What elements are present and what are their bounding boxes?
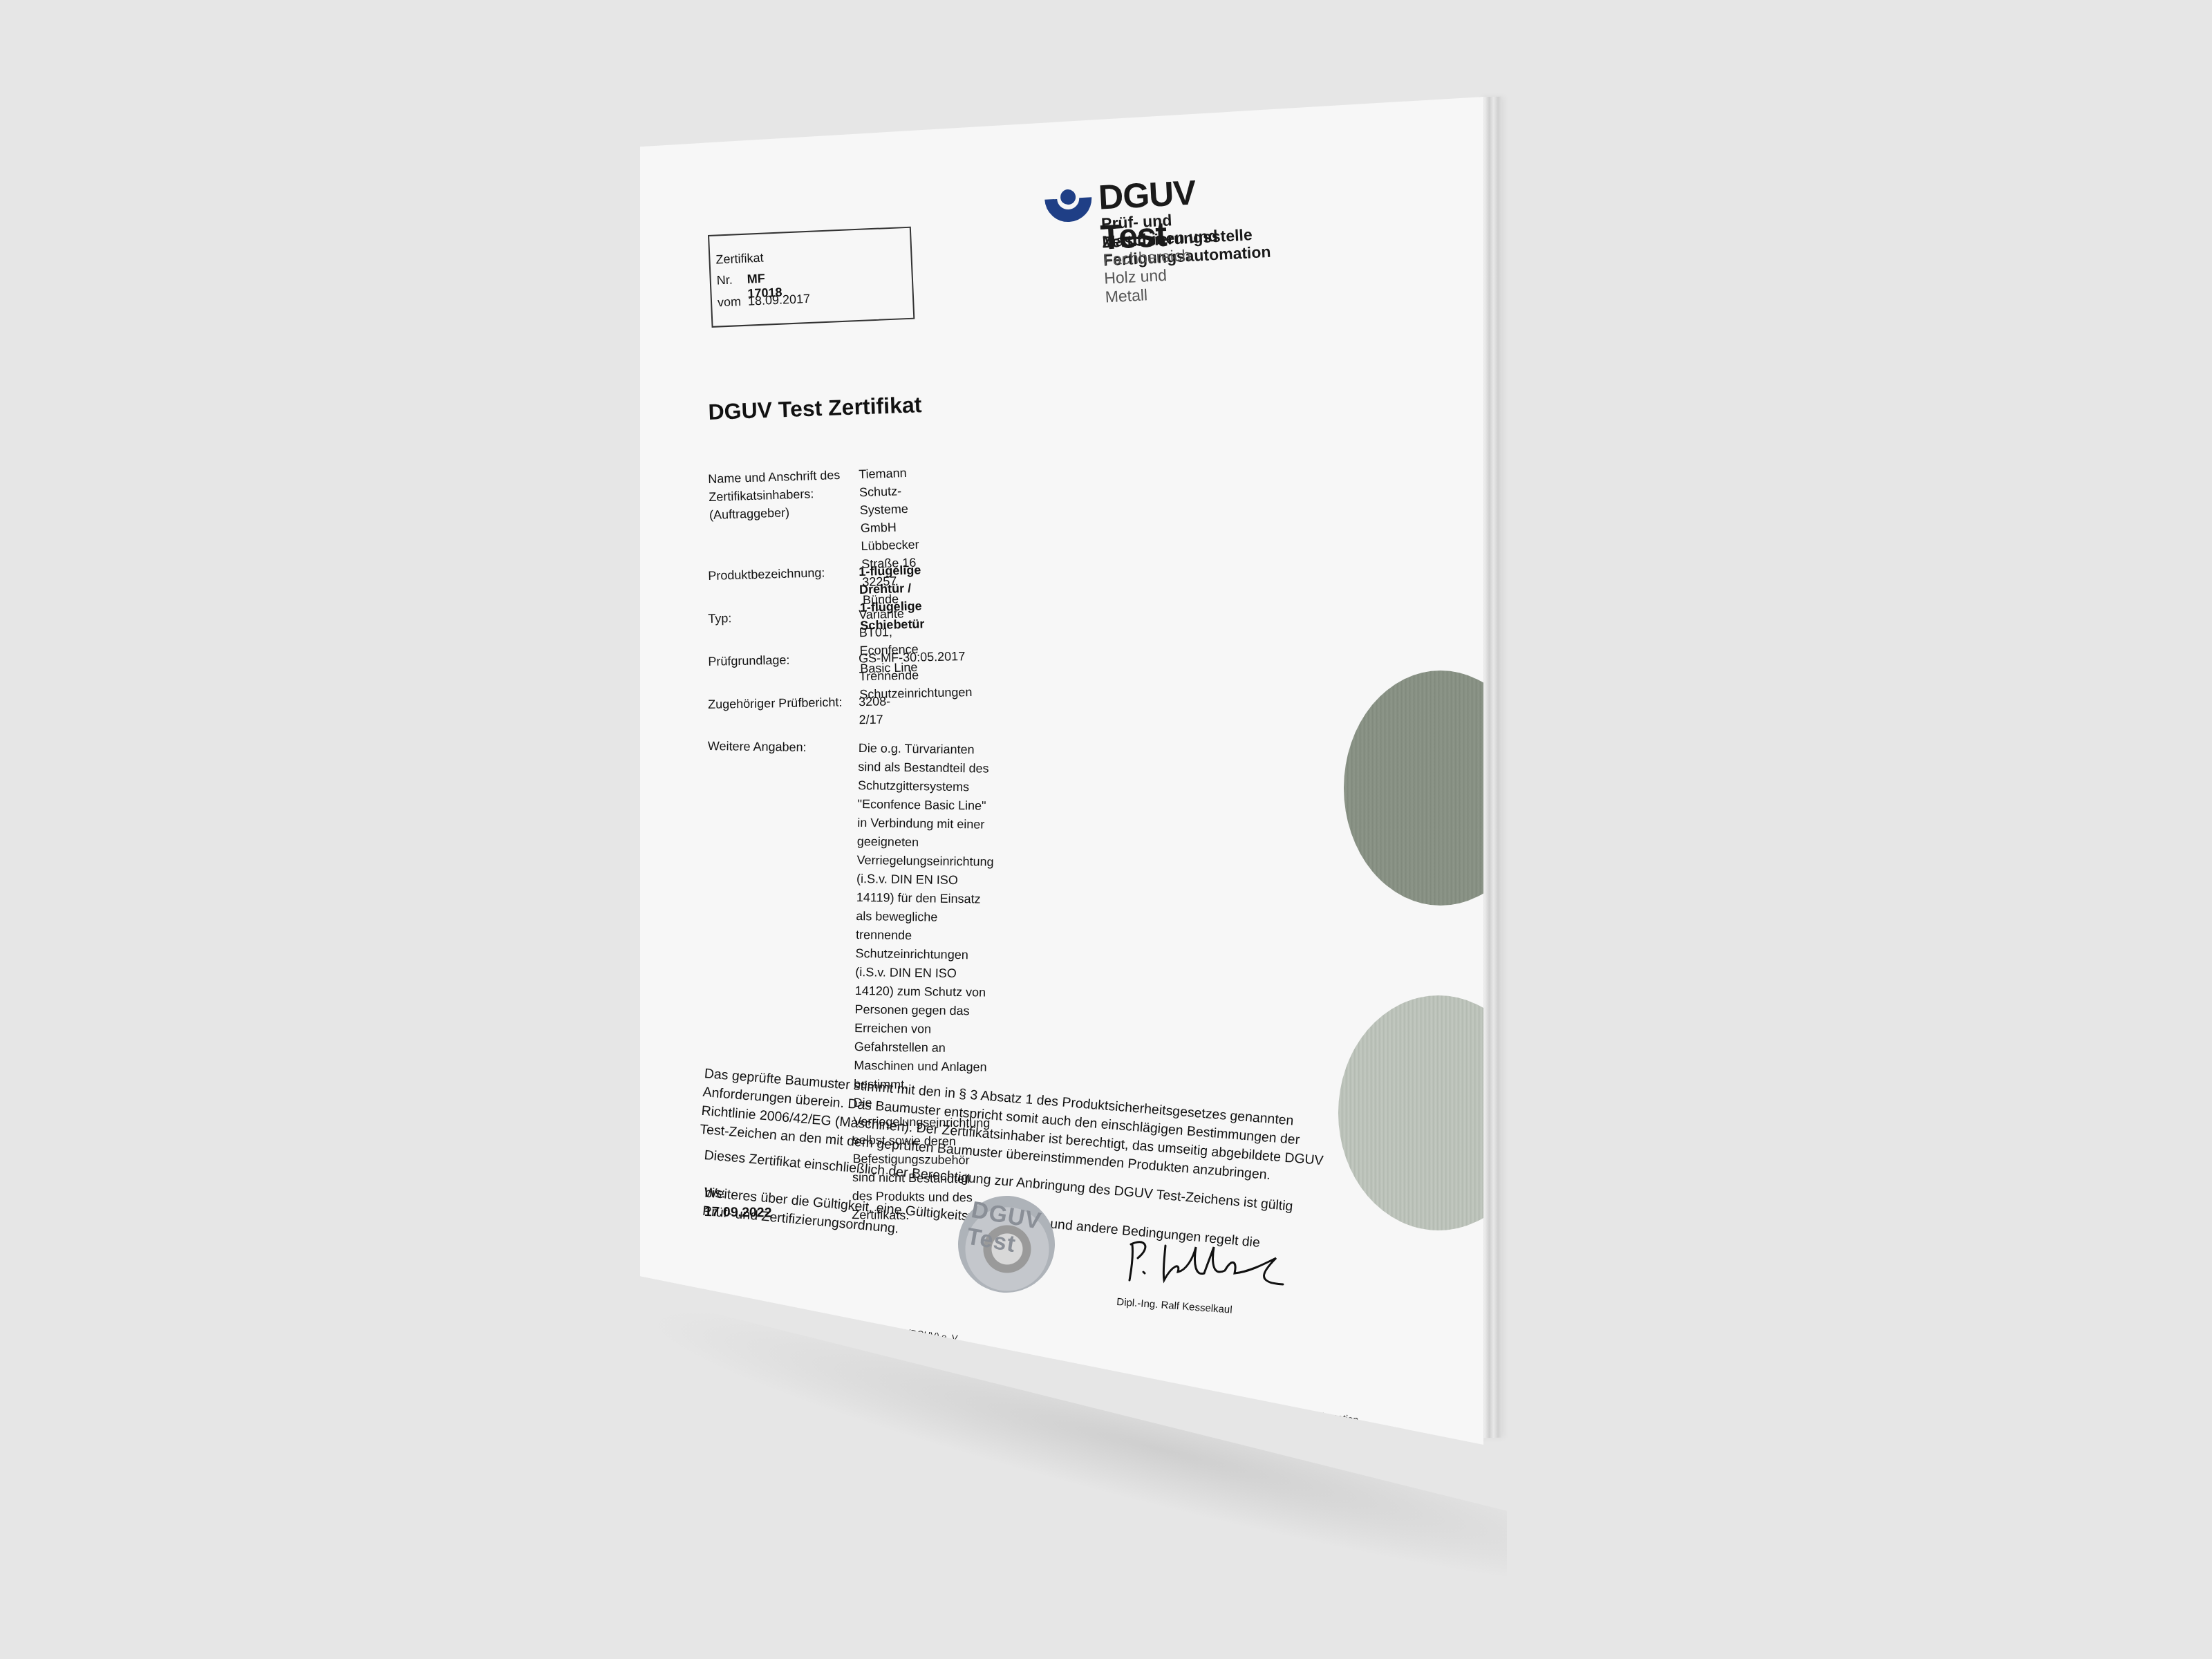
field-label: Name und Anschrift des Zertifikatsinhabe… [708, 466, 847, 524]
date-label: vom [718, 294, 742, 309]
certificate-date: 18.09.2017 [748, 292, 811, 309]
field-label: Prüfgrundlage: [708, 650, 847, 671]
certificate-date-row: vom 18.09.2017 [718, 294, 742, 310]
nr-label: Nr. [716, 273, 733, 288]
seal-text: DGUV Test [964, 1197, 1057, 1264]
field-value: 3208-2/17 [859, 692, 891, 729]
field-label: Weitere Angaben: [708, 737, 846, 758]
field-label: Produktbezeichnung: [708, 563, 847, 585]
certificate-page: DGUV Test Prüf- und Zertifizierungsstell… [640, 97, 1483, 1445]
page-title: DGUV Test Zertifikat [708, 392, 922, 425]
certificate-number-row: Nr. MF 17018 [716, 273, 733, 288]
logo-subtitle-3: Fachbereich Holz und Metall [1103, 246, 1193, 307]
certificate-label: Zertifikat [715, 251, 764, 268]
field-label: Typ: [708, 606, 847, 628]
dguv-logo-icon [1043, 187, 1095, 230]
decorative-circle-dark [1344, 671, 1483, 906]
decorative-circle-light [1338, 995, 1483, 1230]
signer-name: Dipl.-Ing. Ralf Kesselkaul [1116, 1296, 1232, 1316]
signature-icon [1124, 1230, 1290, 1293]
field-label: Zugehöriger Prüfbericht: [708, 693, 846, 713]
scene: DGUV Test Prüf- und Zertifizierungsstell… [0, 0, 2212, 1659]
certificate-number-box: Zertifikat Nr. MF 17018 vom 18.09.2017 [708, 227, 915, 328]
